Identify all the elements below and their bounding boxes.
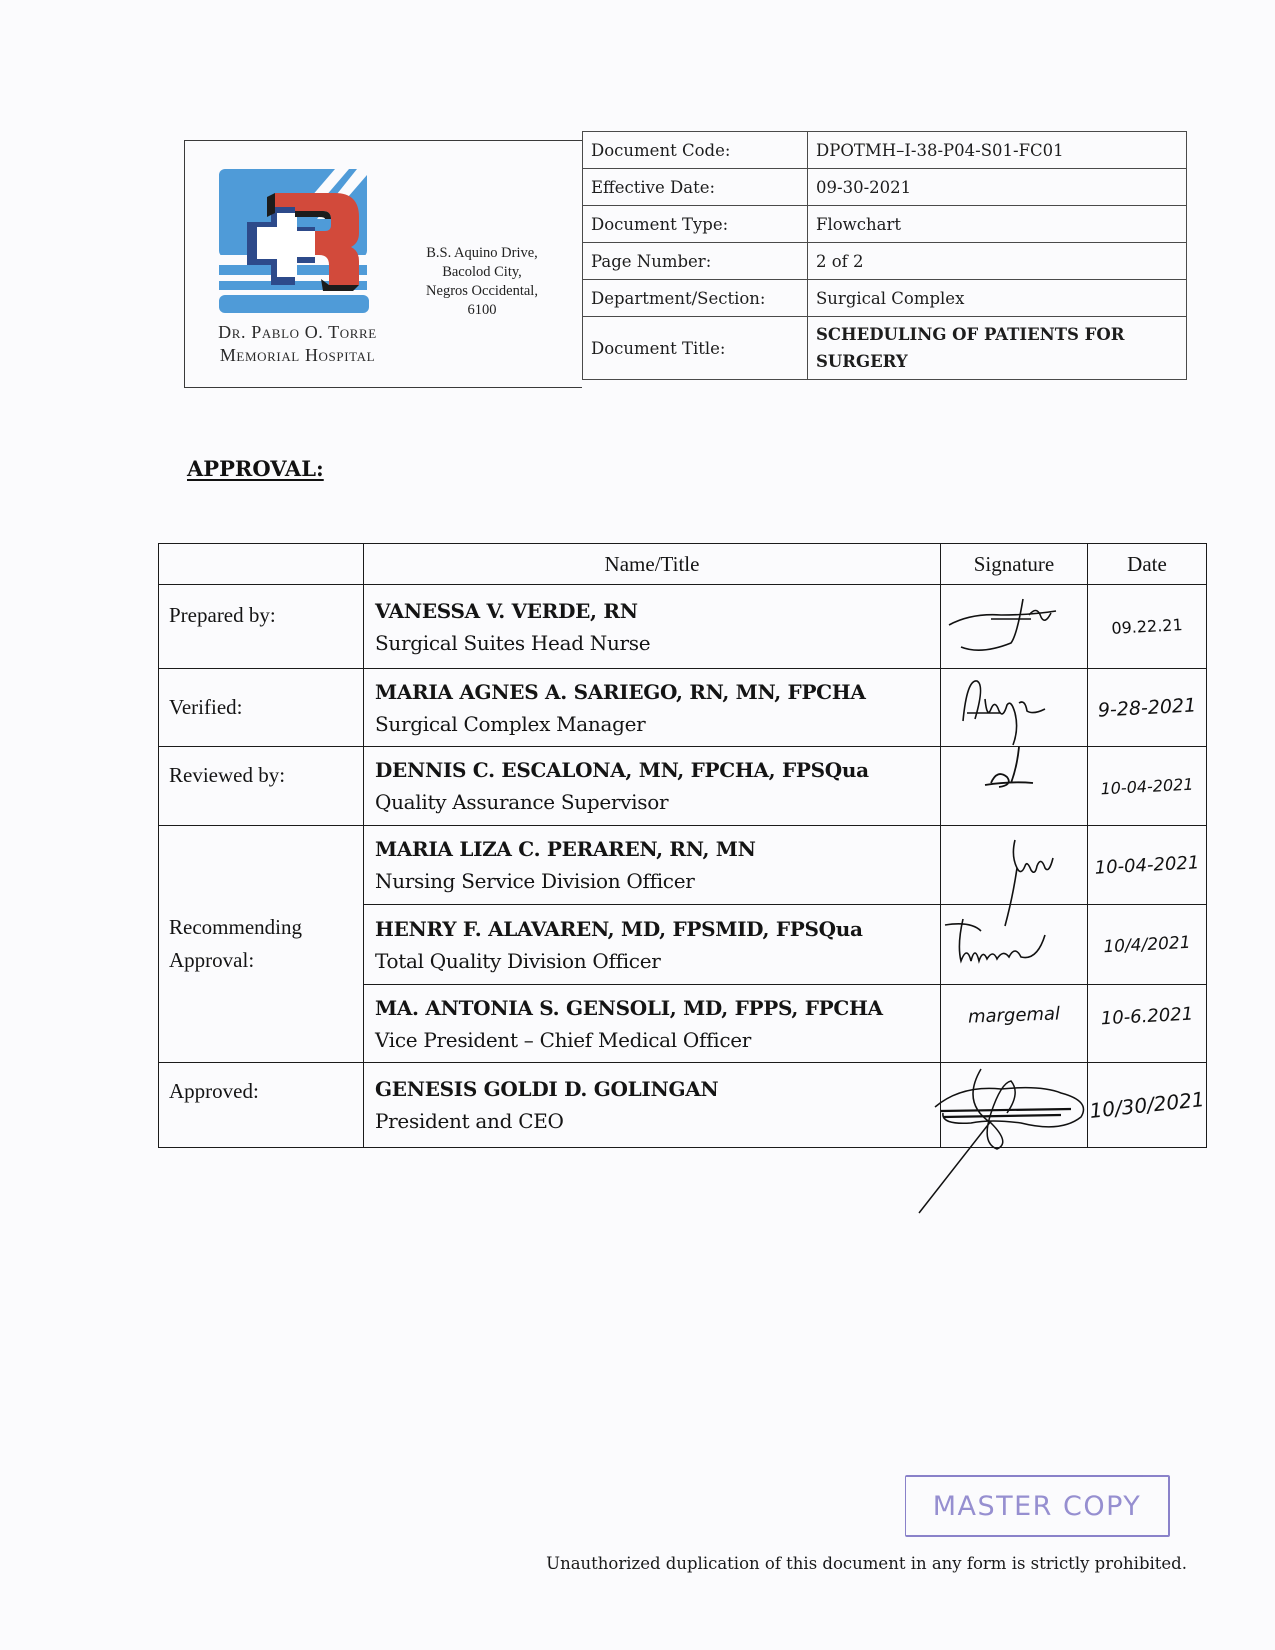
handwritten-signature-icon <box>941 669 1088 747</box>
meta-label: Page Number: <box>583 243 808 280</box>
signatory-name: MARIA AGNES A. SARIEGO, RN, MN, FPCHA <box>375 676 940 708</box>
name-title-cell: VANESSA V. VERDE, RN Surgical Suites Hea… <box>364 585 941 669</box>
handwritten-date: 10-04-2021 <box>1088 773 1207 798</box>
role-label: Reviewed by: <box>159 747 364 826</box>
duplication-disclaimer: Unauthorized duplication of this documen… <box>546 1554 1187 1573</box>
handwritten-signature-icon <box>941 747 1088 826</box>
date-cell: 10/30/2021 <box>1088 1063 1207 1148</box>
signature-cell <box>941 905 1088 985</box>
approval-row-reviewed: Reviewed by: DENNIS C. ESCALONA, MN, FPC… <box>159 747 1207 826</box>
date-cell: 10-04-2021 <box>1088 747 1207 826</box>
handwritten-signature-icon: margemal <box>941 1002 1088 1028</box>
handwritten-signature-icon <box>941 826 1088 905</box>
role-label: Recommending Approval: <box>159 826 364 1063</box>
signatory-title: Quality Assurance Supervisor <box>375 786 940 818</box>
date-cell: 10/4/2021 <box>1088 905 1207 985</box>
meta-value-document-type: Flowchart <box>808 206 1187 243</box>
meta-row-document-code: Document Code: DPOTMH–I-38-P04-S01-FC01 <box>583 132 1187 169</box>
address-line: Bacolod City, <box>407 263 557 282</box>
meta-row-page-number: Page Number: 2 of 2 <box>583 243 1187 280</box>
signatory-name: MA. ANTONIA S. GENSOLI, MD, FPPS, FPCHA <box>375 992 940 1024</box>
meta-row-document-title: Document Title: SCHEDULING OF PATIENTS F… <box>583 317 1187 380</box>
role-label: Prepared by: <box>159 585 364 669</box>
address-line: B.S. Aquino Drive, <box>407 244 557 263</box>
signatory-title: Vice President – Chief Medical Officer <box>375 1024 940 1056</box>
handwritten-date: 09.22.21 <box>1088 614 1207 639</box>
meta-label: Document Title: <box>583 317 808 380</box>
meta-row-department: Department/Section: Surgical Complex <box>583 280 1187 317</box>
meta-label: Document Type: <box>583 206 808 243</box>
signature-cell <box>941 585 1088 669</box>
hospital-address: B.S. Aquino Drive, Bacolod City, Negros … <box>407 244 557 320</box>
name-title-cell: HENRY F. ALAVAREN, MD, FPSMID, FPSQua To… <box>364 905 941 985</box>
master-copy-stamp: MASTER COPY <box>905 1475 1170 1537</box>
signatory-name: HENRY F. ALAVAREN, MD, FPSMID, FPSQua <box>375 913 940 945</box>
signatory-name: GENESIS GOLDI D. GOLINGAN <box>375 1073 940 1105</box>
name-title-cell: GENESIS GOLDI D. GOLINGAN President and … <box>364 1063 941 1148</box>
signatory-name: MARIA LIZA C. PERAREN, RN, MN <box>375 833 940 865</box>
document-metadata-table: Document Code: DPOTMH–I-38-P04-S01-FC01 … <box>582 131 1187 380</box>
meta-value-page-number: 2 of 2 <box>808 243 1187 280</box>
handwritten-date: 10/4/2021 <box>1088 931 1207 957</box>
signature-cell <box>941 826 1088 905</box>
date-cell: 10-6.2021 <box>1088 985 1207 1063</box>
column-header-signature: Signature <box>941 544 1088 585</box>
role-label: Approved: <box>159 1063 364 1148</box>
name-title-cell: DENNIS C. ESCALONA, MN, FPCHA, FPSQua Qu… <box>364 747 941 826</box>
approval-header-row: Name/Title Signature Date <box>159 544 1207 585</box>
approval-row-prepared: Prepared by: VANESSA V. VERDE, RN Surgic… <box>159 585 1207 669</box>
handwritten-signature-icon <box>941 905 1088 985</box>
date-cell: 10-04-2021 <box>1088 826 1207 905</box>
name-title-cell: MA. ANTONIA S. GENSOLI, MD, FPPS, FPCHA … <box>364 985 941 1063</box>
approval-table: Name/Title Signature Date Prepared by: V… <box>158 543 1207 1148</box>
meta-label: Department/Section: <box>583 280 808 317</box>
signatory-title: Surgical Complex Manager <box>375 708 940 740</box>
meta-value-effective-date: 09-30-2021 <box>808 169 1187 206</box>
signature-cell <box>941 747 1088 826</box>
column-header-date: Date <box>1088 544 1207 585</box>
signatory-name: DENNIS C. ESCALONA, MN, FPCHA, FPSQua <box>375 754 940 786</box>
meta-label: Effective Date: <box>583 169 808 206</box>
hospital-identity-box: Dr. Pablo O. Torre Memorial Hospital B.S… <box>184 140 582 388</box>
meta-row-document-type: Document Type: Flowchart <box>583 206 1187 243</box>
signatory-name: VANESSA V. VERDE, RN <box>375 595 940 627</box>
name-title-cell: MARIA LIZA C. PERAREN, RN, MN Nursing Se… <box>364 826 941 905</box>
approval-heading: APPROVAL: <box>187 456 324 481</box>
meta-label: Document Code: <box>583 132 808 169</box>
handwritten-date: 10-04-2021 <box>1088 851 1207 878</box>
handwritten-signature-icon <box>941 1063 1088 1148</box>
date-cell: 09.22.21 <box>1088 585 1207 669</box>
approval-row-approved: Approved: GENESIS GOLDI D. GOLINGAN Pres… <box>159 1063 1207 1148</box>
column-header-role <box>159 544 364 585</box>
approval-row-recommending-1: Recommending Approval: MARIA LIZA C. PER… <box>159 826 1207 905</box>
meta-value-document-title: SCHEDULING OF PATIENTS FOR SURGERY <box>808 317 1187 380</box>
approval-row-verified: Verified: MARIA AGNES A. SARIEGO, RN, MN… <box>159 669 1207 747</box>
handwritten-date: 10-6.2021 <box>1088 1003 1207 1030</box>
hospital-name-line-2: Memorial Hospital <box>195 344 400 367</box>
hospital-cross-r-logo-icon <box>217 167 373 317</box>
signatory-title: President and CEO <box>375 1105 940 1137</box>
document-header: Dr. Pablo O. Torre Memorial Hospital B.S… <box>184 131 1187 388</box>
hospital-name: Dr. Pablo O. Torre Memorial Hospital <box>195 321 400 367</box>
address-line: 6100 <box>407 301 557 320</box>
signatory-title: Surgical Suites Head Nurse <box>375 627 940 659</box>
date-cell: 9-28-2021 <box>1088 669 1207 747</box>
handwritten-date: 9-28-2021 <box>1088 693 1207 721</box>
role-label: Verified: <box>159 669 364 747</box>
handwritten-signature-icon <box>941 585 1088 669</box>
meta-row-effective-date: Effective Date: 09-30-2021 <box>583 169 1187 206</box>
signatory-title: Total Quality Division Officer <box>375 945 940 977</box>
column-header-name-title: Name/Title <box>364 544 941 585</box>
signature-cell <box>941 669 1088 747</box>
hospital-name-line-1: Dr. Pablo O. Torre <box>195 321 400 344</box>
meta-value-department: Surgical Complex <box>808 280 1187 317</box>
name-title-cell: MARIA AGNES A. SARIEGO, RN, MN, FPCHA Su… <box>364 669 941 747</box>
meta-value-document-code: DPOTMH–I-38-P04-S01-FC01 <box>808 132 1187 169</box>
signature-cell <box>941 1063 1088 1148</box>
signature-cell: margemal <box>941 985 1088 1063</box>
role-label-text: Recommending Approval: <box>169 911 339 977</box>
handwritten-date: 10/30/2021 <box>1087 1087 1207 1123</box>
address-line: Negros Occidental, <box>407 282 557 301</box>
signatory-title: Nursing Service Division Officer <box>375 865 940 897</box>
